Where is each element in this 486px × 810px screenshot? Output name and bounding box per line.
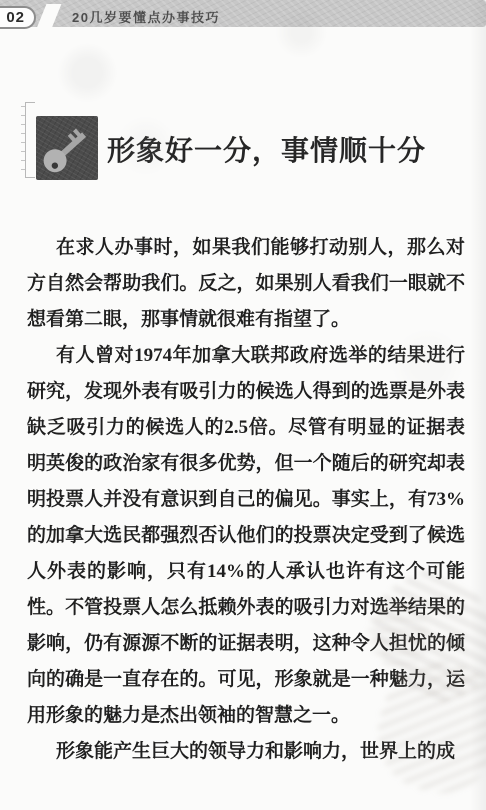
paragraph: 形象能产生巨大的领导力和影响力，世界上的成 (27, 734, 465, 770)
section-title: 形象好一分，事情顺十分 (107, 129, 426, 169)
page-number: 02 (6, 9, 25, 26)
key-icon (36, 116, 98, 180)
paragraph: 在求人办事时，如果我们能够打动别人，那么对方自然会帮助我们。反之，如果别人看我们… (27, 230, 465, 338)
section-icon-box (36, 116, 98, 180)
bracket-arm-top (26, 102, 35, 103)
bracket-arm-bottom (26, 177, 35, 178)
header-notch (36, 4, 62, 31)
bracket-decoration (25, 102, 36, 178)
page-number-badge: 02 (0, 6, 36, 29)
body-text: 在求人办事时，如果我们能够打动别人，那么对方自然会帮助我们。反之，如果别人看我们… (27, 230, 465, 770)
paragraph: 有人曾对1974年加拿大联邦政府选举的结果进行研究，发现外表有吸引力的候选人得到… (27, 338, 465, 734)
page-edge-shadow (470, 0, 486, 810)
book-page: 02 20几岁要懂点办事技巧 形象好一分，事情顺十分 在求人办事时，如果我们能够… (0, 0, 486, 810)
book-title: 20几岁要懂点办事技巧 (72, 4, 220, 31)
